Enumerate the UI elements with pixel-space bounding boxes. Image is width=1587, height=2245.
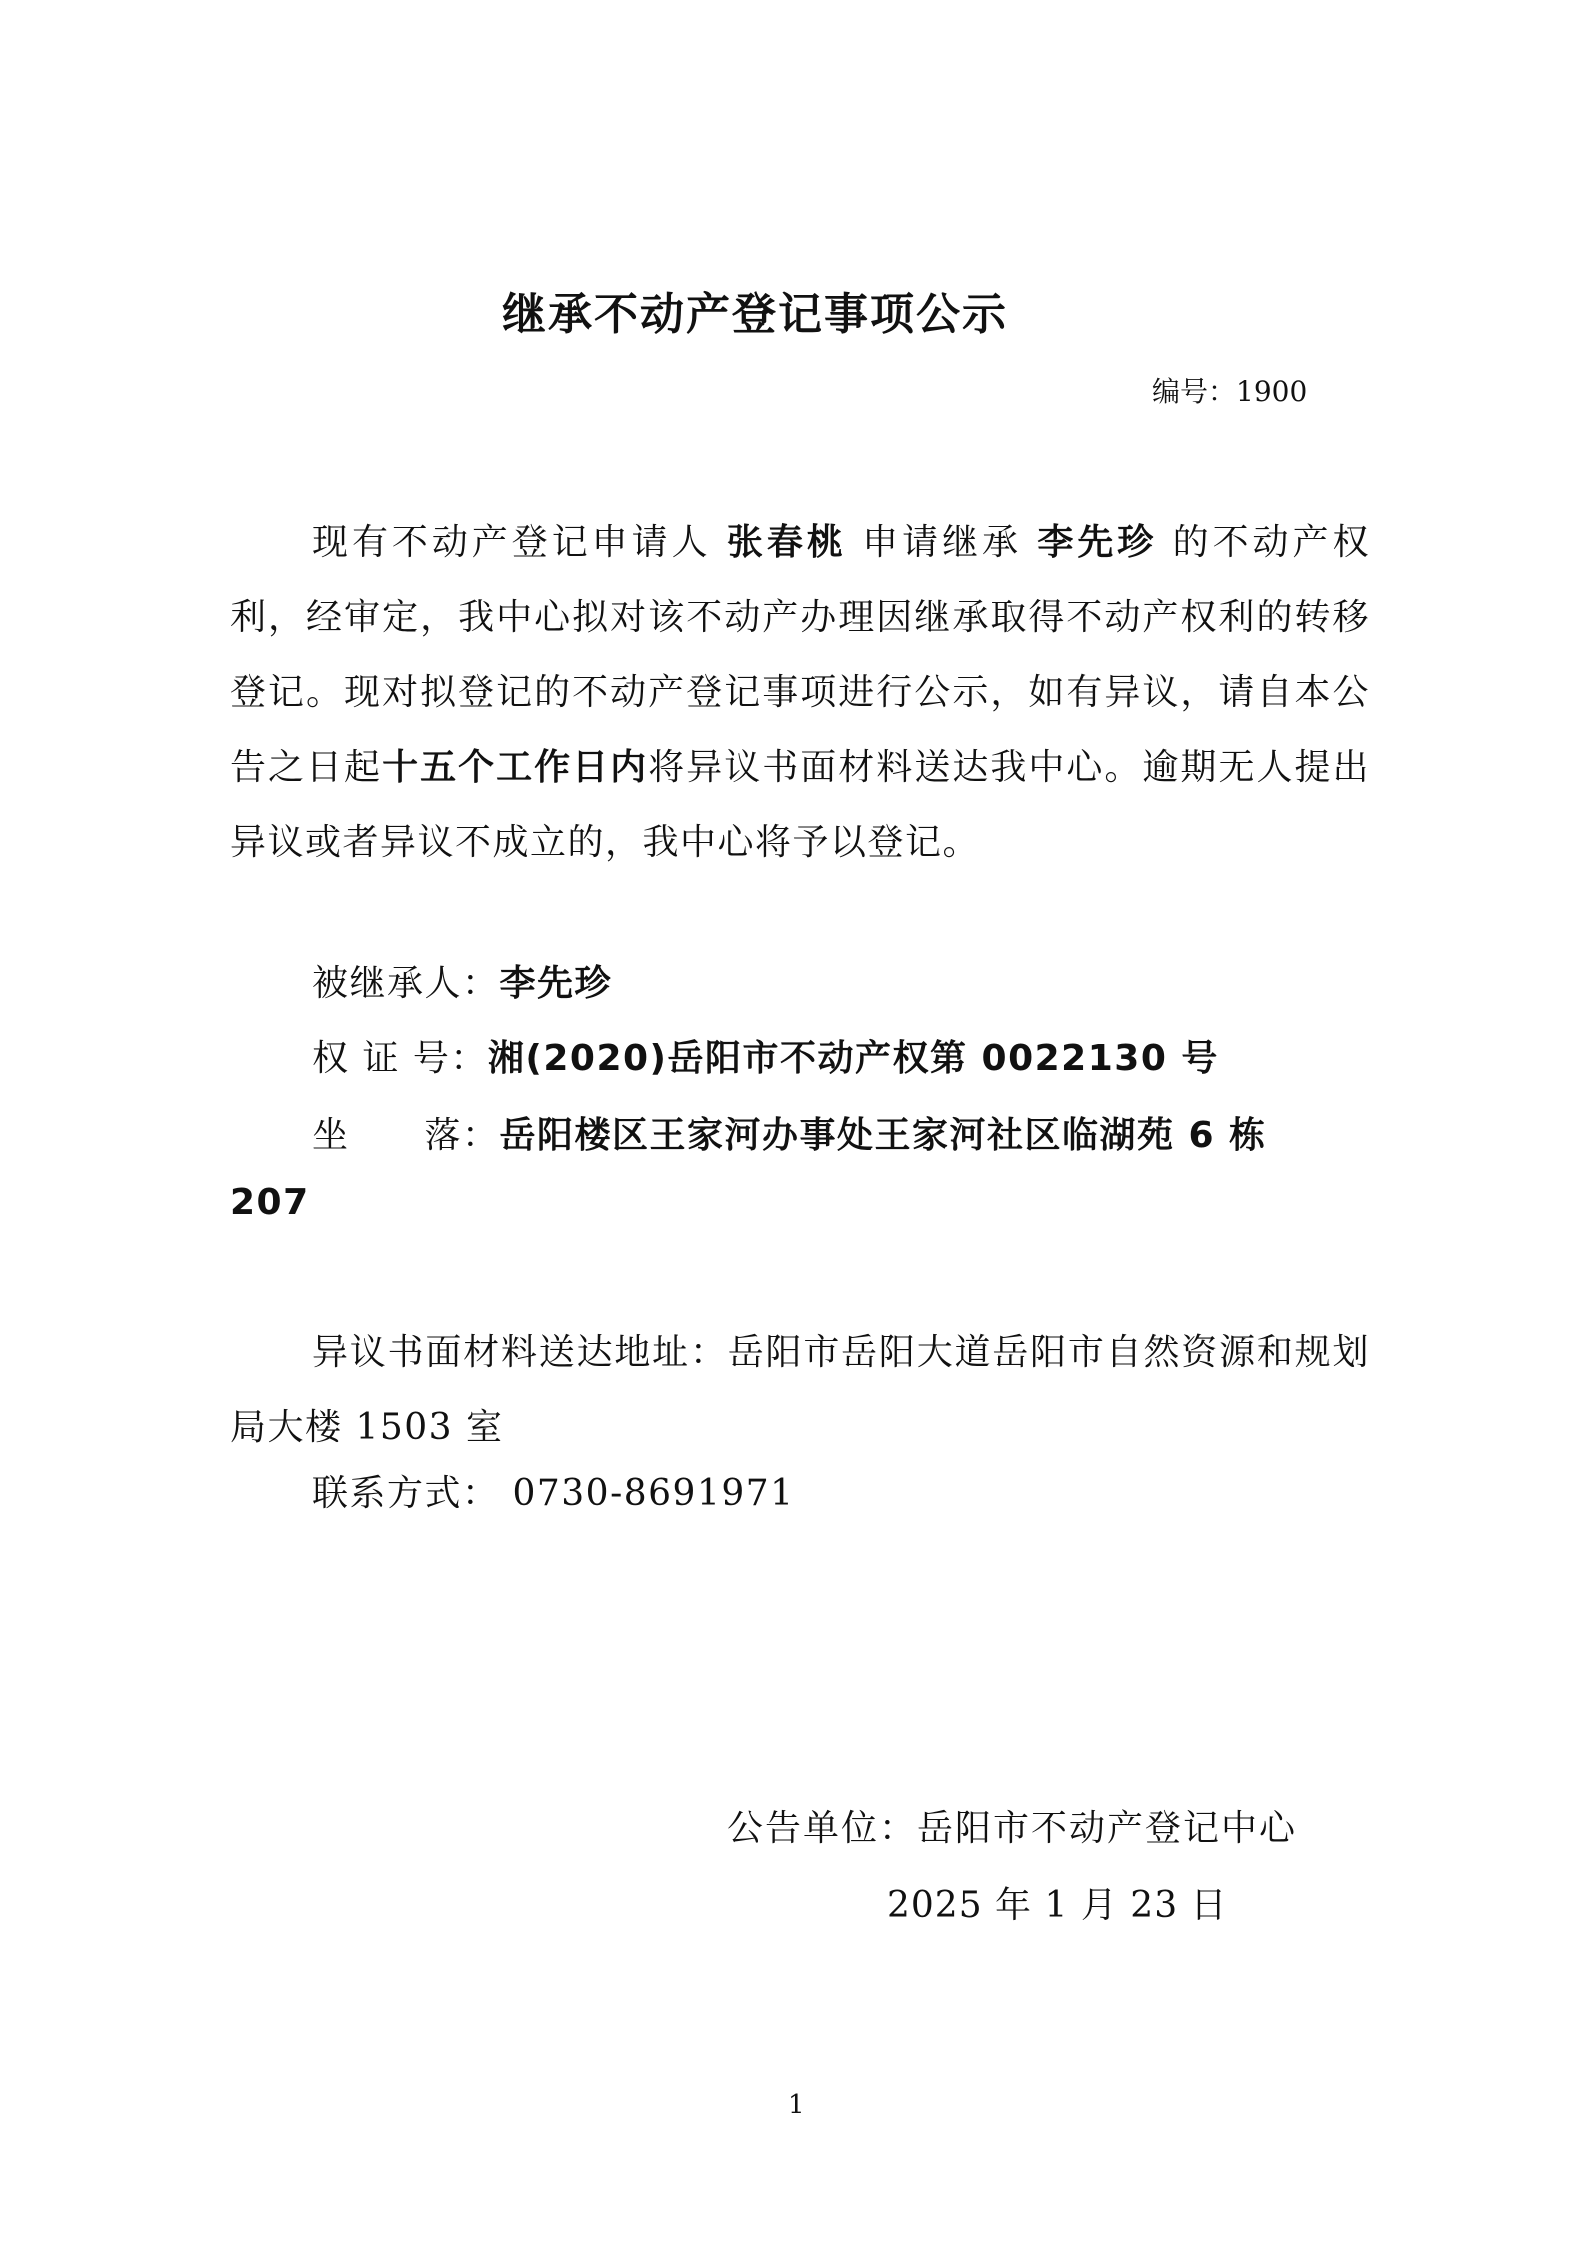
field-location: 坐 落：岳阳楼区王家河办事处王家河社区临湖苑 6 栋: [312, 1107, 1267, 1158]
document-number-label: 编号：: [1152, 375, 1236, 408]
paragraph-text: 现有不动产登记申请人: [312, 522, 727, 563]
decedent-name: 李先珍: [1037, 522, 1157, 563]
field-label: 被继承人：: [312, 963, 500, 1004]
paragraph-text: 申请继承: [847, 522, 1038, 563]
field-label: 坐 落：: [312, 1115, 500, 1156]
objection-address-label: 异议书面材料送达地址：: [312, 1332, 728, 1373]
issue-date: 2025 年 1 月 23 日: [887, 1877, 1228, 1928]
field-certificate-number: 权 证 号：湘(2020)岳阳市不动产权第 0022130 号: [312, 1030, 1219, 1081]
contact: 联系方式： 0730-8691971: [312, 1465, 795, 1516]
applicant-name: 张春桃: [727, 522, 847, 563]
contact-label: 联系方式：: [312, 1473, 500, 1514]
document-number: 编号：1900: [1152, 370, 1307, 410]
issuer-label: 公告单位：: [727, 1808, 917, 1849]
field-value: 李先珍: [500, 963, 613, 1004]
issuer-name: 岳阳市不动产登记中心: [917, 1808, 1297, 1849]
field-label: 权 证 号：: [312, 1038, 488, 1079]
objection-address: 异议书面材料送达地址：岳阳市岳阳大道岳阳市自然资源和规划局大楼 1503 室: [230, 1315, 1370, 1465]
document-title: 继承不动产登记事项公示: [0, 278, 1510, 342]
field-value: 湘(2020)岳阳市不动产权第 0022130 号: [488, 1038, 1219, 1079]
objection-deadline: 十五个工作日内: [382, 747, 648, 788]
field-decedent: 被继承人：李先珍: [312, 955, 612, 1006]
notice-paragraph: 现有不动产登记申请人 张春桃 申请继承 李先珍 的不动产权利，经审定，我中心拟对…: [230, 505, 1370, 880]
field-value: 岳阳楼区王家河办事处王家河社区临湖苑 6 栋: [500, 1115, 1267, 1156]
page-number: 1: [788, 2090, 805, 2120]
field-location-continuation: 207: [230, 1182, 310, 1223]
issuer: 公告单位：岳阳市不动产登记中心: [727, 1800, 1297, 1851]
contact-phone: 0730-8691971: [500, 1473, 795, 1514]
document-number-value: 1900: [1236, 375, 1307, 408]
